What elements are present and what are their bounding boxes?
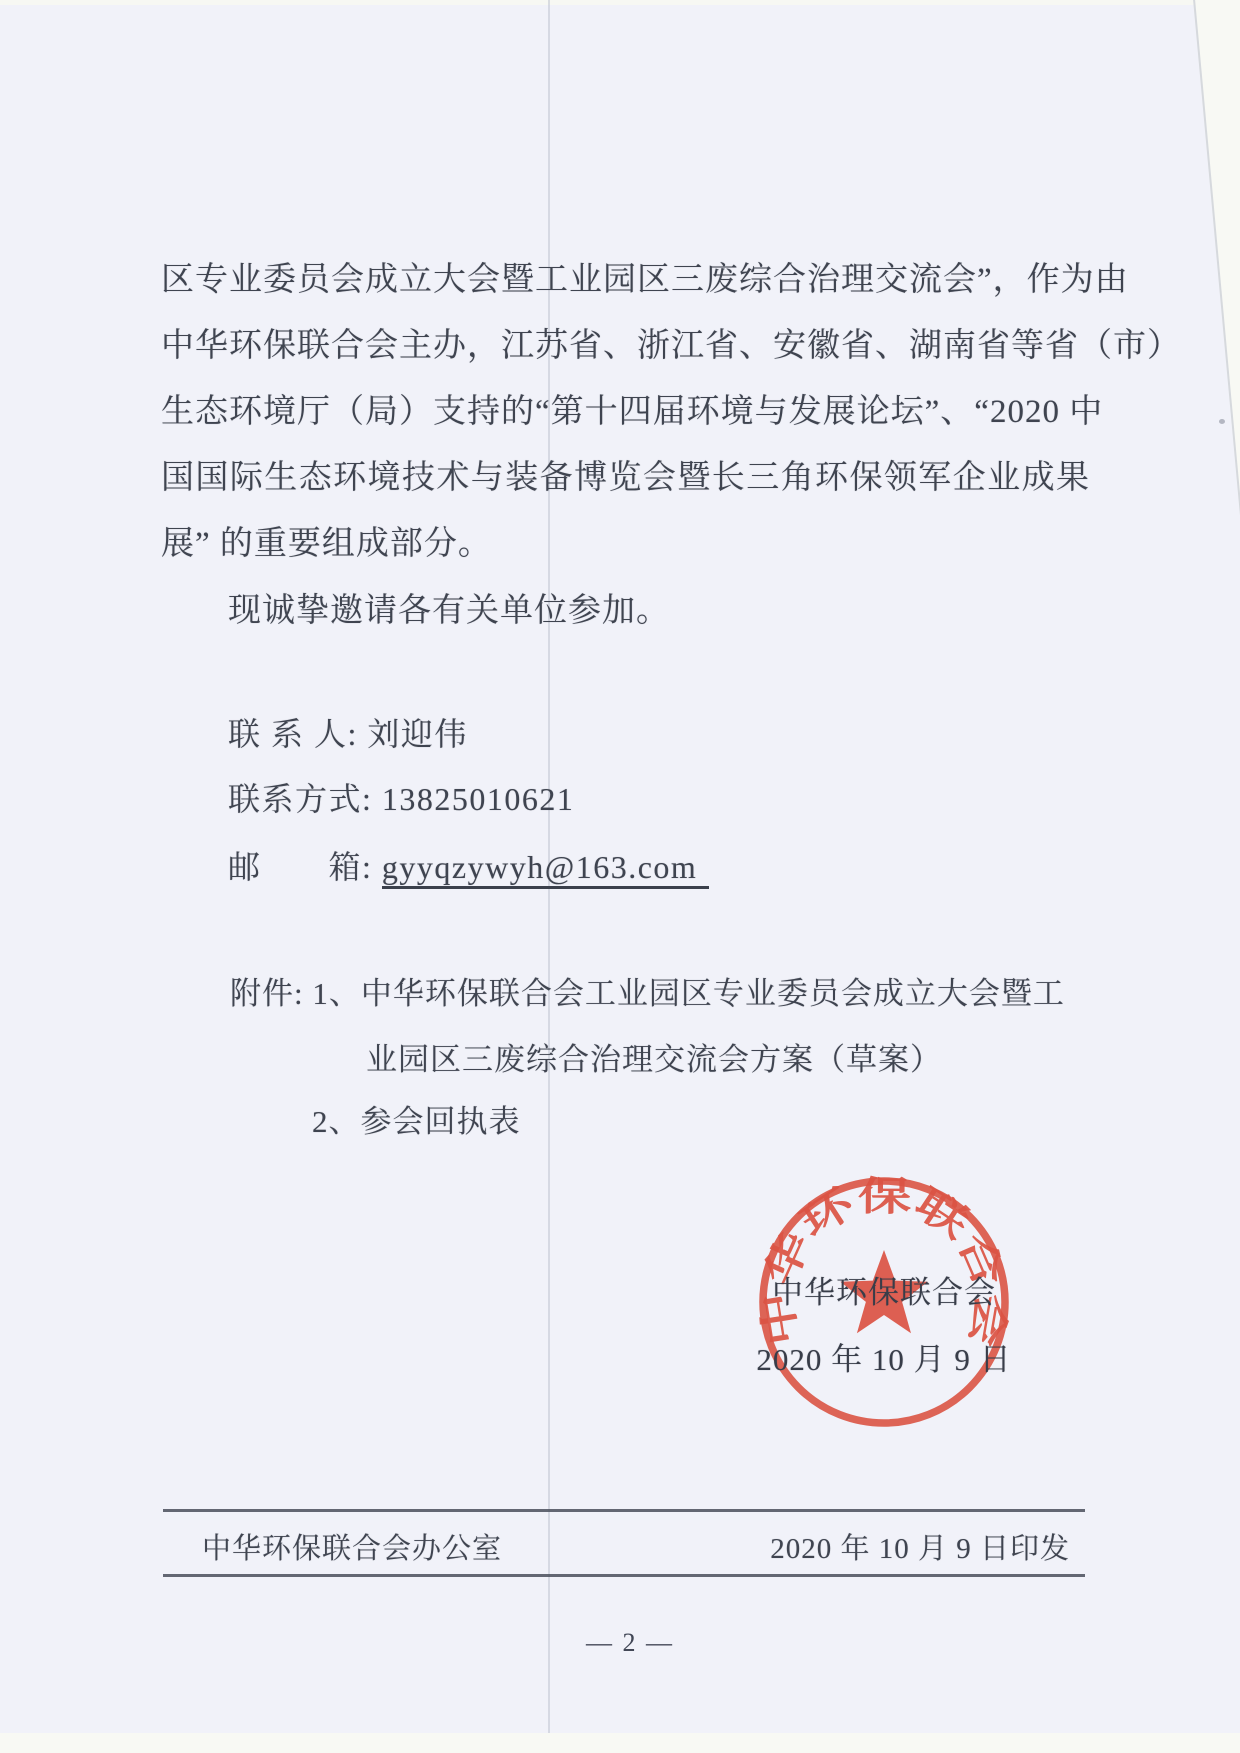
footer-print-date: 2020 年 10 月 9 日印发 [770,1526,1070,1567]
contact-phone-row: 联系方式: 13825010621 [228,778,574,820]
attachment-row-1-cont: 业园区三废综合治理交流会方案（草案） [366,1039,942,1081]
scan-speck [1219,419,1225,424]
footer-rule-bottom [163,1574,1085,1577]
contact-email-value: gyyqzywyh@163.com [382,849,709,889]
scan-top-edge [0,0,1240,5]
attachment-1-title-line1: 中华环保联合会工业园区专业委员会成立大会暨工 [361,976,1065,1011]
attachment-row-1: 附件: 1、中华环保联合会工业园区专业委员会成立大会暨工 [230,973,1065,1015]
contact-email-row: 邮 箱: gyyqzywyh@163.com [228,846,709,888]
page-number: — 2 — [510,1628,750,1658]
signature-organization: 中华环保联合会 [748,1267,1020,1312]
contact-person-label: 联 系 人: [228,716,367,752]
footer-rule-top [163,1509,1085,1512]
attachment-2-title: 参会回执表 [361,1104,521,1139]
footer-issuing-office: 中华环保联合会办公室 [202,1526,502,1567]
body-line: 展” 的重要组成部分。 [161,523,1090,565]
body-line: 中华环保联合会主办，江苏省、浙江省、安徽省、湖南省等省（市） [161,325,1090,367]
contact-person-value: 刘迎伟 [367,716,468,752]
signature-date: 2020 年 10 月 9 日 [748,1334,1020,1379]
body-line: 区专业委员会成立大会暨工业园区三废综合治理交流会”，作为由 [161,259,1090,301]
attachment-1-number: 1、 [312,976,361,1011]
scan-bottom-edge [0,1733,1240,1753]
body-line: 国国际生态环境技术与装备博览会暨长三角环保领军企业成果 [161,457,1090,499]
attachment-2-number: 2、 [312,1104,361,1139]
body-line-invitation: 现诚挚邀请各有关单位参加。 [228,590,670,632]
contact-person-row: 联 系 人: 刘迎伟 [228,713,468,755]
paper-right-edge [1192,0,1240,1233]
contact-phone-value: 13825010621 [382,781,575,817]
body-line: 生态环境厅（局）支持的“第十四届环境与发展论坛”、“2020 中 [161,391,1090,433]
attachment-label: 附件: [230,976,312,1011]
contact-phone-label: 联系方式: [228,781,382,817]
contact-email-label: 邮 箱: [228,849,382,885]
attachment-row-2: 2、参会回执表 [312,1101,521,1143]
scanned-document-page: 区专业委员会成立大会暨工业园区三废综合治理交流会”，作为由 中华环保联合会主办，… [0,0,1240,1753]
